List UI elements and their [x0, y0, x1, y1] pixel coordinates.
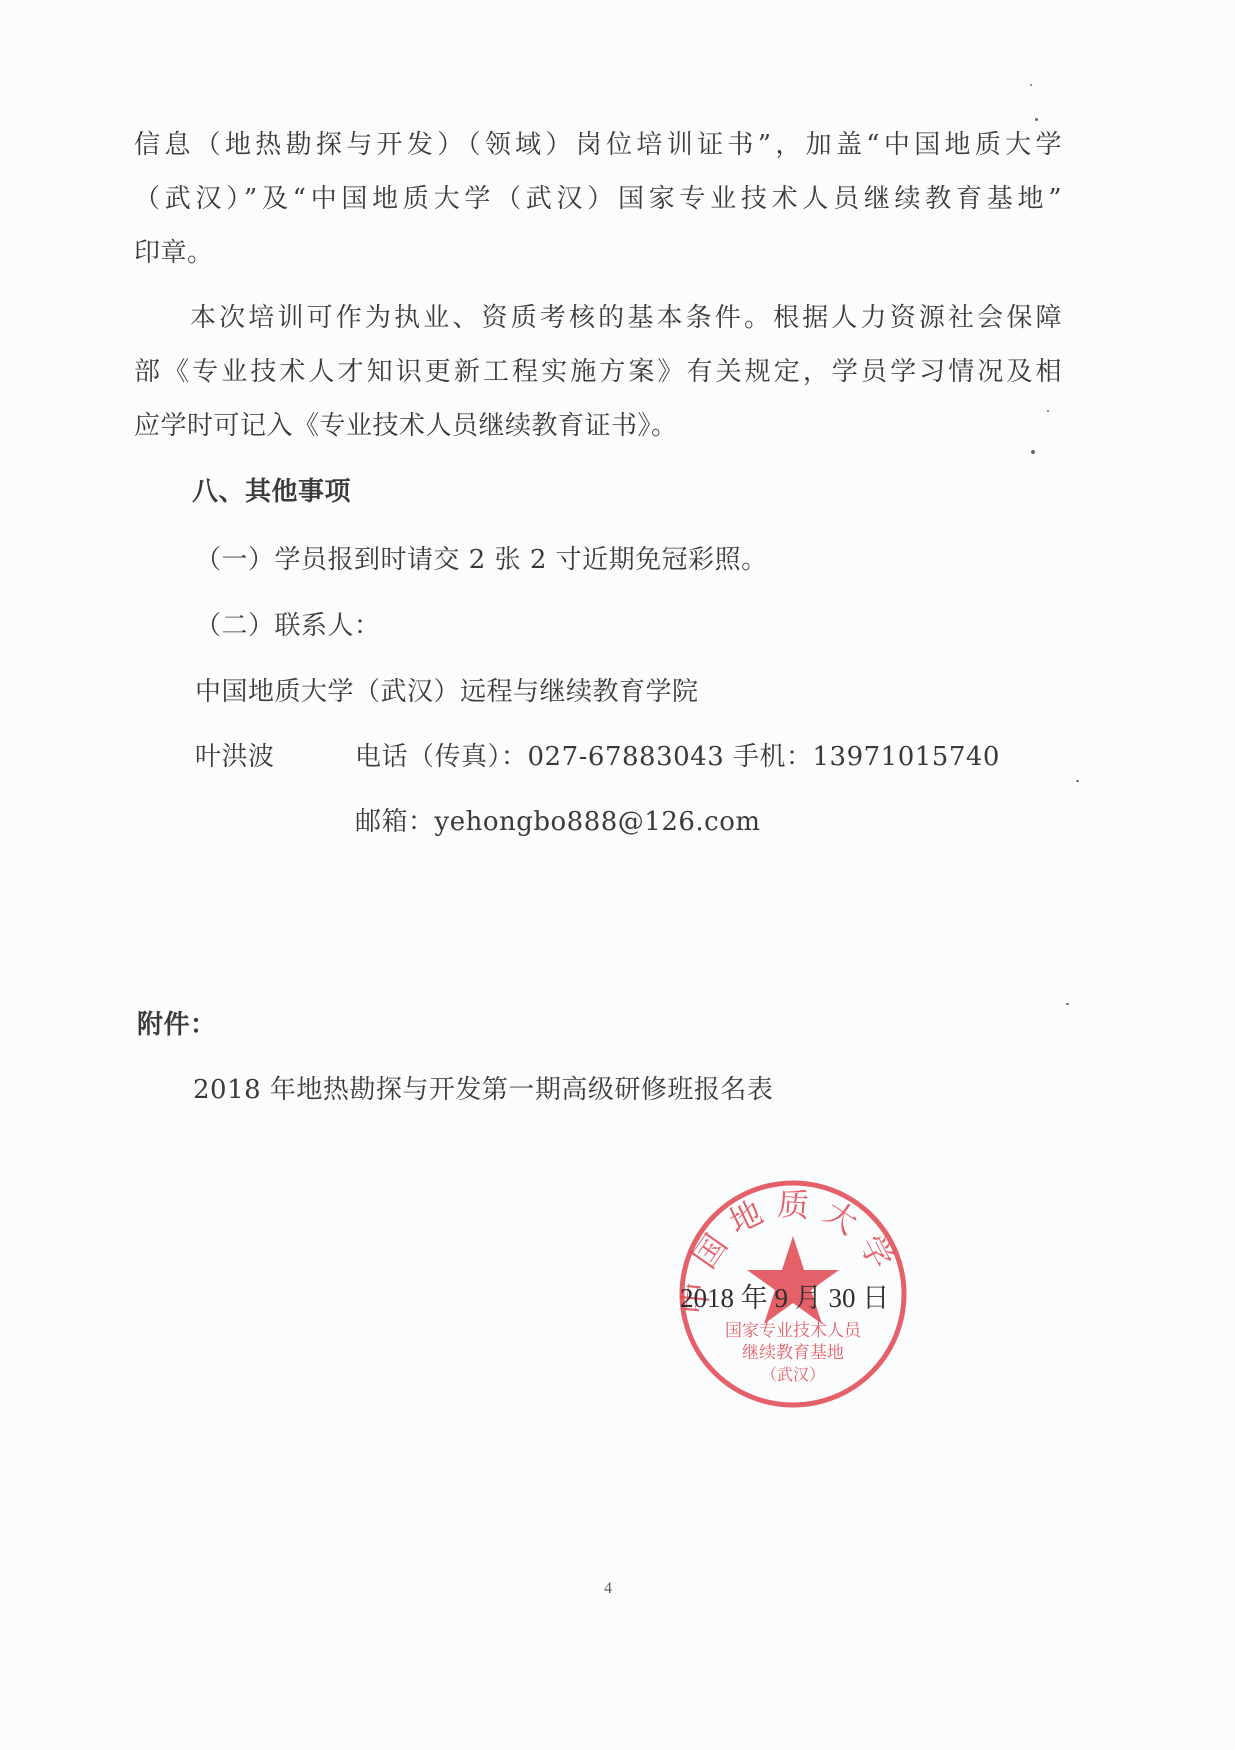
- signature-date: 2018 年 9 月 30 日: [680, 1282, 889, 1314]
- attachment-item: 2018 年地热勘探与开发第一期高级研修班报名表: [193, 1075, 773, 1105]
- credit-paragraph-line-3: 应学时可记入《专业技术人员继续教育证书》。: [134, 411, 678, 441]
- cert-paragraph-line-3: 印章。: [134, 238, 214, 268]
- contact-name: 叶洪波: [195, 742, 275, 772]
- svg-text:国家专业技术人员: 国家专业技术人员: [725, 1321, 863, 1341]
- scan-speck: [1076, 780, 1079, 782]
- scan-speck: [1047, 410, 1049, 412]
- cert-paragraph-line-2: （武汉）”及“中国地质大学（武汉）国家专业技术人员继续教育基地”: [134, 184, 1062, 214]
- svg-text:（武汉）: （武汉）: [761, 1365, 825, 1384]
- scan-speck: [1066, 1003, 1069, 1005]
- scan-speck: [1030, 84, 1032, 86]
- section-heading-other: 八、其他事项: [192, 477, 351, 507]
- document-page: 信息（地热勘探与开发）（领域）岗位培训证书”，加盖“中国地质大学 （武汉）”及“…: [0, 0, 1235, 1750]
- contact-organization: 中国地质大学（武汉）远程与继续教育学院: [195, 677, 699, 707]
- scan-speck: [1031, 450, 1035, 454]
- contact-phone: 电话（传真）：027-67883043 手机：13971015740: [355, 742, 1000, 772]
- credit-paragraph-line-2: 部《专业技术人才知识更新工程实施方案》有关规定，学员学习情况及相: [134, 357, 1062, 387]
- credit-paragraph-line-1: 本次培训可作为执业、资质考核的基本条件。根据人力资源社会保障: [190, 303, 1062, 333]
- contact-email: 邮箱：yehongbo888@126.com: [355, 807, 761, 837]
- page-number: 4: [604, 1580, 612, 1598]
- cert-paragraph-line-1: 信息（地热勘探与开发）（领域）岗位培训证书”，加盖“中国地质大学: [134, 130, 1062, 160]
- svg-text:继续教育基地: 继续教育基地: [742, 1343, 844, 1363]
- other-item-contact: （二）联系人：: [195, 611, 381, 641]
- attachment-label: 附件：: [137, 1010, 217, 1040]
- scan-speck: [1035, 118, 1038, 121]
- other-item-photos: （一）学员报到时请交 2 张 2 寸近期免冠彩照。: [195, 545, 768, 575]
